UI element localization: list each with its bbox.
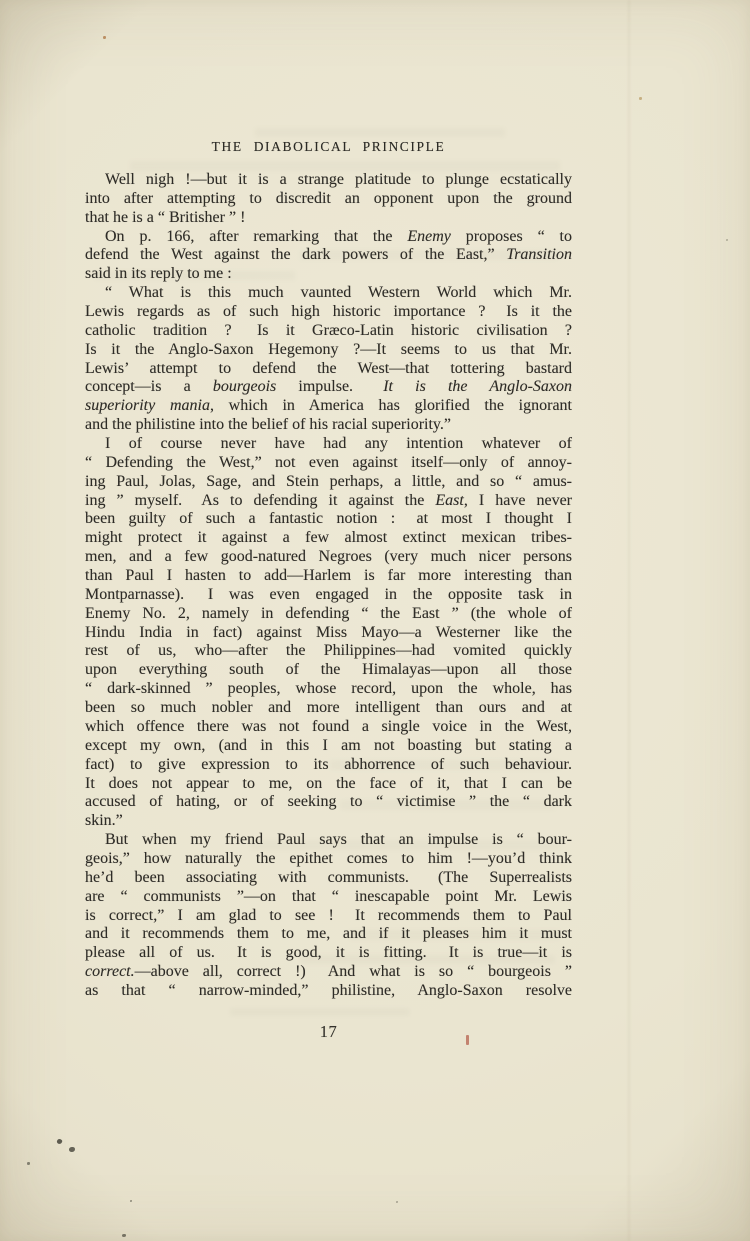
text-line: Lewis’ attempt to defend the West—that t… xyxy=(85,360,572,379)
text-line: into after attempting to discredit an op… xyxy=(85,190,572,209)
text-line: geois,” how naturally the epithet comes … xyxy=(85,850,572,869)
text-line: But when my friend Paul says that an imp… xyxy=(85,831,572,850)
paper-speck xyxy=(69,1147,75,1152)
text-block: Well nigh !—but it is a strange platitud… xyxy=(85,171,572,1001)
paper-speck xyxy=(396,1201,398,1203)
text-line: Enemy No. 2, namely in defending “ the E… xyxy=(85,605,572,624)
text-line: Well nigh !—but it is a strange platitud… xyxy=(85,171,572,190)
text-line: skin.” xyxy=(85,812,572,831)
text-line: as that “ narrow-minded,” philistine, An… xyxy=(85,982,572,1001)
text-line: accused of hating, or of seeking to “ vi… xyxy=(85,793,572,812)
page-number: 17 xyxy=(85,1022,572,1042)
text-line: superiority mania, which in America has … xyxy=(85,397,572,416)
text-line: men, and a few good-natured Negroes (ver… xyxy=(85,548,572,567)
text-line: catholic tradition ? Is it Græco-Latin h… xyxy=(85,322,572,341)
text-line: said in its reply to me : xyxy=(85,265,572,284)
paper-edge-shading xyxy=(628,0,630,1241)
text-line: ing Paul, Jolas, Sage, and Stein perhaps… xyxy=(85,473,572,492)
text-line: correct.—above all, correct !) And what … xyxy=(85,963,572,982)
text-line: and the philistine into the belief of hi… xyxy=(85,416,572,435)
text-line: except my own, (and in this I am not boa… xyxy=(85,737,572,756)
text-line: is correct,” I am glad to see ! It recom… xyxy=(85,907,572,926)
text-line: I of course never have had any intention… xyxy=(85,435,572,454)
text-line: might protect it against a few almost ex… xyxy=(85,529,572,548)
show-through xyxy=(130,161,560,171)
text-line: been guilty of such a fantastic notion :… xyxy=(85,510,572,529)
text-line: that he is a “ Britisher ” ! xyxy=(85,209,572,228)
text-line: “ What is this much vaunted Western Worl… xyxy=(85,284,572,303)
paper-speck xyxy=(122,1234,126,1237)
text-line: defend the West against the dark powers … xyxy=(85,246,572,265)
paper-speck xyxy=(56,1138,63,1145)
paper-speck xyxy=(130,1200,132,1202)
text-line: than Paul I hasten to add—Harlem is far … xyxy=(85,567,572,586)
text-line: rest of us, who—after the Philippines—ha… xyxy=(85,642,572,661)
text-line: he’d been associating with communists. (… xyxy=(85,869,572,888)
text-line: please all of us. It is good, it is fitt… xyxy=(85,944,572,963)
text-line: been so much nobler and more intelligent… xyxy=(85,699,572,718)
text-line: upon everything south of the Himalayas—u… xyxy=(85,661,572,680)
text-line: concept—is a bourgeois impulse. It is th… xyxy=(85,378,572,397)
text-line: and it recommends them to me, and if it … xyxy=(85,925,572,944)
text-line: “ dark-skinned ” peoples, whose record, … xyxy=(85,680,572,699)
paper-speck xyxy=(103,36,106,39)
paper-speck xyxy=(726,239,728,241)
paper-speck xyxy=(639,97,642,100)
text-line: Is it the Anglo-Saxon Hegemony ?—It seem… xyxy=(85,341,572,360)
running-header: THE DIABOLICAL PRINCIPLE xyxy=(85,138,572,155)
text-line: which offence there was not found a sing… xyxy=(85,718,572,737)
text-line: fact) to give expression to its abhorren… xyxy=(85,756,572,775)
text-line: are “ communists ”—on that “ inescapable… xyxy=(85,888,572,907)
show-through xyxy=(255,128,505,137)
show-through xyxy=(230,1008,410,1016)
book-page: THE DIABOLICAL PRINCIPLE Well nigh !—but… xyxy=(0,0,750,1241)
text-line: “ Defending the West,” not even against … xyxy=(85,454,572,473)
text-line: ing ” myself. As to defending it against… xyxy=(85,492,572,511)
text-line: On p. 166, after remarking that the Enem… xyxy=(85,228,572,247)
paper-speck xyxy=(27,1162,30,1165)
text-line: Lewis regards as of such high historic i… xyxy=(85,303,572,322)
text-line: Hindu India in fact) against Miss Mayo—a… xyxy=(85,624,572,643)
text-line: It does not appear to me, on the face of… xyxy=(85,775,572,794)
text-line: Montparnasse). I was even engaged in the… xyxy=(85,586,572,605)
